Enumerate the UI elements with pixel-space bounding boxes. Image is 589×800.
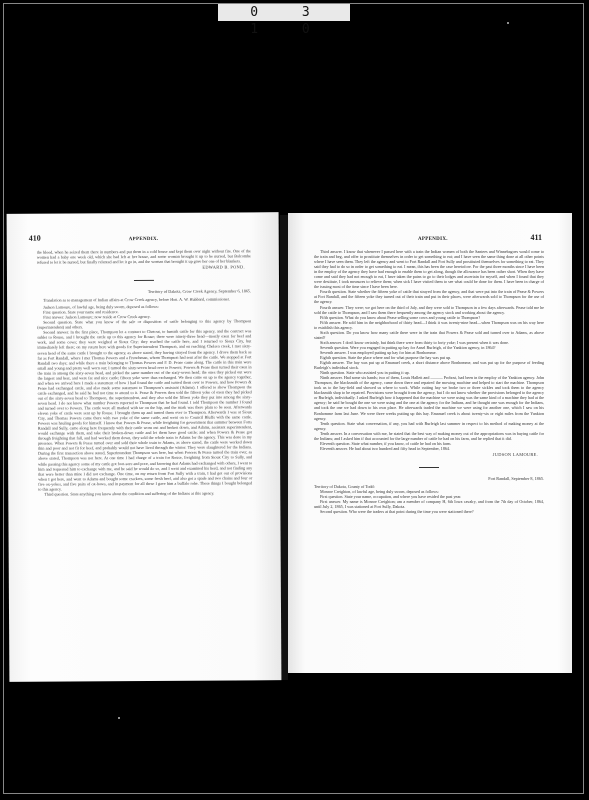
paragraph: Tenth question. State what conversation,… [314,421,544,431]
paragraph: Ninth answer. Had some six hands; two of… [314,375,544,420]
paragraph: Second answer. In the first place, Thomp… [37,329,252,492]
right-page-body: Third answer. I know that whenever I pas… [314,249,544,514]
dateline: Territory of Dakota, Crow Creek Agency, … [37,288,251,294]
signature-lamoure: JUDSON LAMOURE. [314,452,544,457]
paragraph: Third answer. I know that whenever I pas… [314,249,544,289]
paragraph: Sixth question. Do you know how many cat… [314,330,544,340]
paragraph: First answer. My name is Monroe Creighto… [314,499,544,509]
signature-pond: EDWARD B. POND. [37,264,251,270]
book-gutter [280,215,288,680]
right-page-number: 411 [530,235,542,240]
paragraph: Fourth question. State whether the fifte… [314,289,544,304]
film-speck [507,22,509,24]
testimony-list: Third answer. I know that whenever I pas… [314,249,544,451]
paragraph: Second question. Who were the traders at… [314,509,544,514]
right-running-head: APPENDIX. [418,237,448,242]
left-page-number: 410 [29,236,41,241]
paragraph: Eighth answer. The hay was put up at Ema… [314,360,544,370]
dateline: Fort Randall, September 8, 1865. [314,476,544,481]
paragraph: Tenth answer. In a conversation with me,… [314,431,544,441]
section-divider [134,280,154,281]
left-running-head: APPENDIX. [129,237,159,242]
right-page: APPENDIX. 411 Third answer. I know that … [288,213,572,673]
left-page: 410 APPENDIX. the blood, when he seized … [7,212,282,682]
right-page-header: APPENDIX. 411 [288,235,572,249]
left-page-header: 410 APPENDIX. [7,234,279,250]
paragraph: Eleventh answer. He had about two hundre… [314,446,544,451]
testimony-list: First question. State your name, occupat… [314,494,544,514]
paragraph: Translation as to management of Indian a… [37,296,251,302]
testimony-list: First question. State your name and resi… [37,308,252,496]
film-speck [118,717,120,719]
microfilm-reel-label: 0 3 1 0 [218,4,350,21]
section-divider [419,467,439,468]
paragraph: the blood, when he seized them there in … [37,248,251,264]
left-page-body: the blood, when he seized them there in … [37,248,253,496]
paragraph: Fourth answer. They were; we got here on… [314,305,544,315]
paragraph: Fifth answer. He sold him in the neighbo… [314,320,544,330]
paragraph: Third question. State anything you know … [38,490,252,496]
